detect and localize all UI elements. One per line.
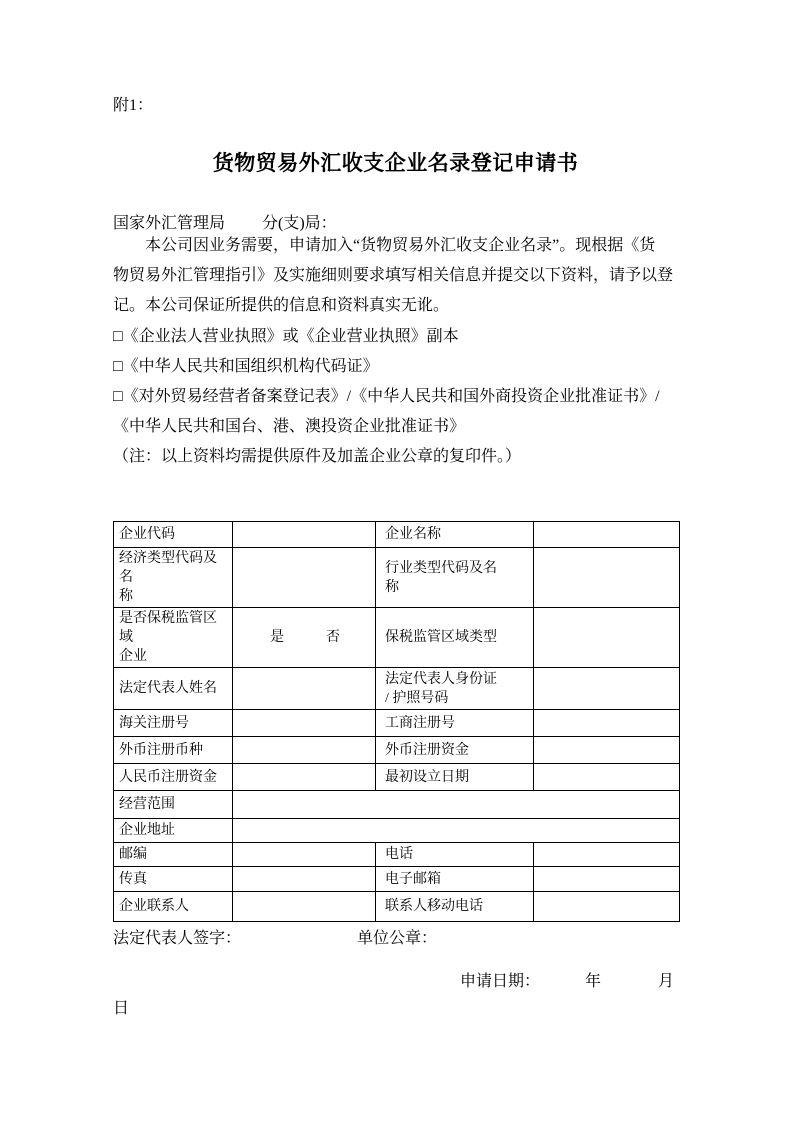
field-value-rmb-capital[interactable] xyxy=(233,764,376,791)
field-label-bonded-zone-type: 保税监管区域类型 xyxy=(376,608,534,668)
table-row: 企业代码 企业名称 xyxy=(114,522,680,548)
field-label-economic-type-code: 经济类型代码及名 称 xyxy=(114,548,233,608)
field-value-enterprise-address[interactable] xyxy=(233,819,680,843)
field-label-foreign-currency-type: 外币注册币种 xyxy=(114,737,233,764)
field-value-contact-person[interactable] xyxy=(233,892,376,922)
year-label: 年 xyxy=(585,973,601,990)
field-value-legal-rep-name[interactable] xyxy=(233,668,376,710)
checklist-note-text: （注：以上资料均需提供原件及加盖企业公章的复印件。） xyxy=(113,448,521,465)
field-value-initial-establishment-date[interactable] xyxy=(534,764,680,791)
checkbox-icon[interactable]: □ xyxy=(113,358,123,375)
table-row: 企业地址 xyxy=(114,819,680,843)
month-label: 月 xyxy=(658,973,674,990)
salutation-line: 国家外汇管理局分(支)局： xyxy=(113,210,337,233)
field-value-business-scope[interactable] xyxy=(233,791,680,819)
checklist-note: （注：以上资料均需提供原件及加盖企业公章的复印件。） xyxy=(113,442,685,472)
field-label-rmb-capital: 人民币注册资金 xyxy=(114,764,233,791)
table-row: 海关注册号 工商注册号 xyxy=(114,710,680,737)
signature-row: 法定代表人签字： 单位公章： xyxy=(113,925,678,948)
checklist-item-text: 《企业法人营业执照》或《企业营业执照》副本 xyxy=(123,328,459,345)
checklist-item-text: 《对外贸易经营者备案登记表》/《中华人民共和国外商投资企业批准证书》/ xyxy=(123,388,660,405)
checklist-item: □《中华人民共和国组织机构代码证》 xyxy=(113,352,685,382)
field-value-postal-code[interactable] xyxy=(233,843,376,867)
attachment-label: 附1： xyxy=(113,92,153,115)
application-date-row: 申请日期：年月 xyxy=(460,968,674,991)
field-value-foreign-currency-capital[interactable] xyxy=(534,737,680,764)
intro-line: 记。本公司保证所提供的信息和资料真实无讹。 xyxy=(113,291,685,321)
registration-form-table: 企业代码 企业名称 经济类型代码及名 称 行业类型代码及名 称 是否保税监管区域… xyxy=(113,521,680,922)
field-label-phone: 电话 xyxy=(376,843,534,867)
field-value-enterprise-code[interactable] xyxy=(233,522,376,548)
legal-rep-signature-label: 法定代表人签字： xyxy=(113,930,241,947)
intro-line: 本公司因业务需要，申请加入“货物贸易外汇收支企业名录”。现根据《货 xyxy=(113,231,685,261)
checklist-item: □《对外贸易经营者备案登记表》/《中华人民共和国外商投资企业批准证书》/ xyxy=(113,382,685,412)
table-row: 外币注册币种 外币注册资金 xyxy=(114,737,680,764)
branch-label: 分(支)局： xyxy=(262,215,337,232)
checklist-item-continuation: 《中华人民共和国台、港、澳投资企业批准证书》 xyxy=(113,412,685,442)
field-label-legal-rep-name: 法定代表人姓名 xyxy=(114,668,233,710)
field-value-enterprise-name[interactable] xyxy=(534,522,680,548)
field-label-business-reg-no: 工商注册号 xyxy=(376,710,534,737)
field-label-legal-rep-id: 法定代表人身份证 / 护照号码 xyxy=(376,668,534,710)
field-label-fax: 传真 xyxy=(114,867,233,892)
table-row: 人民币注册资金 最初设立日期 xyxy=(114,764,680,791)
field-value-bonded-zone-type[interactable] xyxy=(534,608,680,668)
authority-name: 国家外汇管理局 xyxy=(113,215,225,232)
field-label-contact-mobile: 联系人移动电话 xyxy=(376,892,534,922)
yes-no-options[interactable]: 是 否 xyxy=(233,608,376,668)
field-value-contact-mobile[interactable] xyxy=(534,892,680,922)
field-label-bonded-zone-enterprise: 是否保税监管区域 企业 xyxy=(114,608,233,668)
field-value-fax[interactable] xyxy=(233,867,376,892)
page-title: 货物贸易外汇收支企业名录登记申请书 xyxy=(113,147,678,177)
checkbox-icon[interactable]: □ xyxy=(113,328,123,345)
field-value-legal-rep-id[interactable] xyxy=(534,668,680,710)
checklist-item-text: 《中华人民共和国组织机构代码证》 xyxy=(123,358,379,375)
table-row: 是否保税监管区域 企业 是 否 保税监管区域类型 xyxy=(114,608,680,668)
application-date-label: 申请日期： xyxy=(460,973,540,990)
field-value-phone[interactable] xyxy=(534,843,680,867)
field-label-industry-type-code: 行业类型代码及名 称 xyxy=(376,548,534,608)
table-row: 经济类型代码及名 称 行业类型代码及名 称 xyxy=(114,548,680,608)
field-label-business-scope: 经营范围 xyxy=(114,791,233,819)
checklist-item-text: 《中华人民共和国台、港、澳投资企业批准证书》 xyxy=(113,418,465,435)
table-row: 法定代表人姓名 法定代表人身份证 / 护照号码 xyxy=(114,668,680,710)
field-value-industry-type-code[interactable] xyxy=(534,548,680,608)
field-label-enterprise-address: 企业地址 xyxy=(114,819,233,843)
field-value-economic-type-code[interactable] xyxy=(233,548,376,608)
checkbox-icon[interactable]: □ xyxy=(113,388,123,405)
field-label-foreign-currency-capital: 外币注册资金 xyxy=(376,737,534,764)
intro-line: 物贸易外汇管理指引》及实施细则要求填写相关信息并提交以下资料，请予以登 xyxy=(113,261,685,291)
field-label-initial-establishment-date: 最初设立日期 xyxy=(376,764,534,791)
table-row: 邮编 电话 xyxy=(114,843,680,867)
field-label-enterprise-name: 企业名称 xyxy=(376,522,534,548)
table-row: 经营范围 xyxy=(114,791,680,819)
field-label-enterprise-code: 企业代码 xyxy=(114,522,233,548)
field-value-email[interactable] xyxy=(534,867,680,892)
document-checklist: □《企业法人营业执照》或《企业营业执照》副本 □《中华人民共和国组织机构代码证》… xyxy=(113,322,685,472)
day-label: 日 xyxy=(113,995,129,1018)
checklist-item: □《企业法人营业执照》或《企业营业执照》副本 xyxy=(113,322,685,352)
field-value-customs-reg-no[interactable] xyxy=(233,710,376,737)
field-label-postal-code: 邮编 xyxy=(114,843,233,867)
field-label-customs-reg-no: 海关注册号 xyxy=(114,710,233,737)
field-value-business-reg-no[interactable] xyxy=(534,710,680,737)
document-page: 附1： 货物贸易外汇收支企业名录登记申请书 国家外汇管理局分(支)局： 本公司因… xyxy=(0,0,794,1123)
intro-paragraph: 本公司因业务需要，申请加入“货物贸易外汇收支企业名录”。现根据《货 物贸易外汇管… xyxy=(113,231,685,321)
field-value-foreign-currency-type[interactable] xyxy=(233,737,376,764)
field-label-email: 电子邮箱 xyxy=(376,867,534,892)
field-label-contact-person: 企业联系人 xyxy=(114,892,233,922)
company-seal-label: 单位公章： xyxy=(357,925,437,948)
table-row: 传真 电子邮箱 xyxy=(114,867,680,892)
table-row: 企业联系人 联系人移动电话 xyxy=(114,892,680,922)
